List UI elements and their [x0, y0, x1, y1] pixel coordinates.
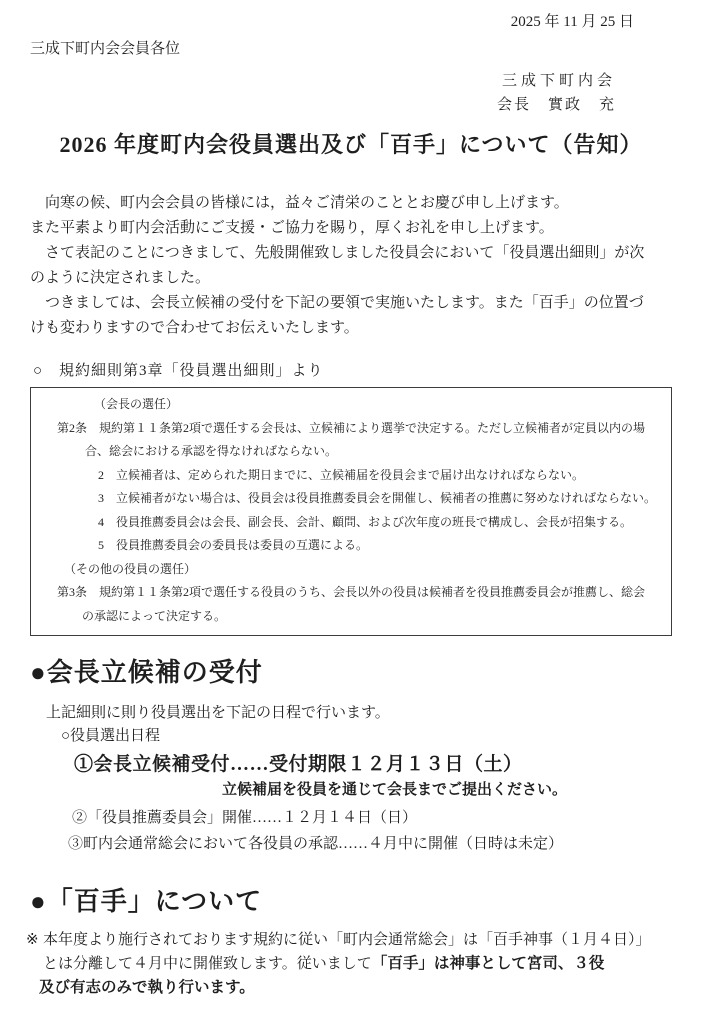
sender-organization: 三成下町内会 — [30, 71, 672, 91]
rules-box-line: 第2条 規約第１１条第2項で選任する会長は、立候補により選挙で決定する。ただし立… — [39, 417, 663, 441]
rules-excerpt-box: （会長の選任） 第2条 規約第１１条第2項で選任する会長は、立候補により選挙で決… — [30, 387, 672, 636]
rules-box-line: の承認によって決定する。 — [39, 605, 663, 629]
candidacy-lead: 上記細則に則り役員選出を下記の日程で行います。 — [30, 702, 672, 725]
sender-name: 会長 實政 充 — [30, 95, 672, 115]
intro-line: また平素より町内会活動にご支援・ご協力を賜り，厚くお礼を申し上げます。 — [30, 216, 672, 241]
rules-box-line: （会長の選任） — [39, 393, 663, 417]
schedule-item-1: ①会長立候補受付……受付期限１２月１３日（土） — [30, 751, 672, 779]
momote-line: とは分離して４月中に開催致します。従いまして「百手」は神事として宮司、３役 — [30, 952, 672, 976]
intro-line: さて表記のことにつきまして、先般開催致しました役員会において「役員選出細則」が次 — [30, 241, 672, 266]
rules-box-line: （その他の役員の選任） — [39, 558, 663, 582]
rules-box-line: 合、総会における承認を得なければならない。 — [39, 440, 663, 464]
momote-section-heading: ●「百手」について — [30, 883, 672, 921]
momote-text: とは分離して４月中に開催致します。従いまして — [43, 956, 372, 972]
schedule-item-3: ③町内会通常総会において各役員の承認……４月中に開催（日時は未定） — [30, 833, 672, 855]
candidacy-section-heading: ●会長立候補の受付 — [30, 654, 672, 692]
note-marker: ※ — [26, 929, 39, 952]
rules-box-line: 3 立候補者がない場合は、役員会は役員推薦委員会を開催し、候補者の推薦に努めなけ… — [39, 487, 663, 511]
momote-text-bold: 及び有志のみで執り行います。 — [39, 979, 255, 996]
schedule-item-2: ②「役員推薦委員会」開催……１２月１４日（日） — [30, 807, 672, 829]
momote-line: 及び有志のみで執り行います。 — [30, 976, 672, 1000]
intro-line: けも変わりますので合わせてお伝えいたします。 — [30, 316, 672, 341]
intro-line: のように決定されました。 — [30, 266, 672, 291]
rules-box-line: 2 立候補者は、定められた期日までに、立候補届を役員会まで届け出なければならない… — [39, 464, 663, 488]
momote-line: 本年度より施行されております規約に従い「町内会通常総会」は「百手神事（１月４日）… — [30, 929, 672, 952]
rules-box-line: 第3条 規約第１１条第2項で選任する役員のうち、会長以外の役員は候補者を役員推薦… — [39, 581, 663, 605]
intro-paragraphs: 向寒の候、町内会会員の皆様には，益々ご清栄のこととお慶び申し上げます。 また平素… — [30, 191, 672, 341]
momote-text: 本年度より施行されております規約に従い「町内会通常総会」は「百手神事（１月４日）… — [43, 932, 651, 948]
momote-paragraph: ※ 本年度より施行されております規約に従い「町内会通常総会」は「百手神事（１月４… — [30, 929, 672, 1000]
rules-section-heading: ○ 規約細則第3章「役員選出細則」より — [30, 361, 672, 381]
document-title: 2026 年度町内会役員選出及び「百手」について（告知） — [30, 129, 672, 161]
schedule-label: ○役員選出日程 — [30, 725, 672, 748]
schedule-item-1-note: 立候補届を役員を通じて会長までご提出ください。 — [30, 779, 672, 801]
intro-line: 向寒の候、町内会会員の皆様には，益々ご清栄のこととお慶び申し上げます。 — [30, 191, 672, 216]
recipient: 三成下町内会会員各位 — [30, 39, 672, 59]
document-page: 2025 年 11 月 25 日 三成下町内会会員各位 三成下町内会 会長 實政… — [0, 0, 702, 1024]
momote-text-bold: 「百手」は神事として宮司、３役 — [372, 955, 605, 972]
intro-line: つきましては、会長立候補の受付を下記の要領で実施いたします。また「百手」の位置づ — [30, 291, 672, 316]
document-date: 2025 年 11 月 25 日 — [30, 12, 672, 32]
rules-box-line: 5 役員推薦委員会の委員長は委員の互選による。 — [39, 534, 663, 558]
rules-box-line: 4 役員推薦委員会は会長、副会長、会計、顧問、および次年度の班長で構成し、会長が… — [39, 511, 663, 535]
